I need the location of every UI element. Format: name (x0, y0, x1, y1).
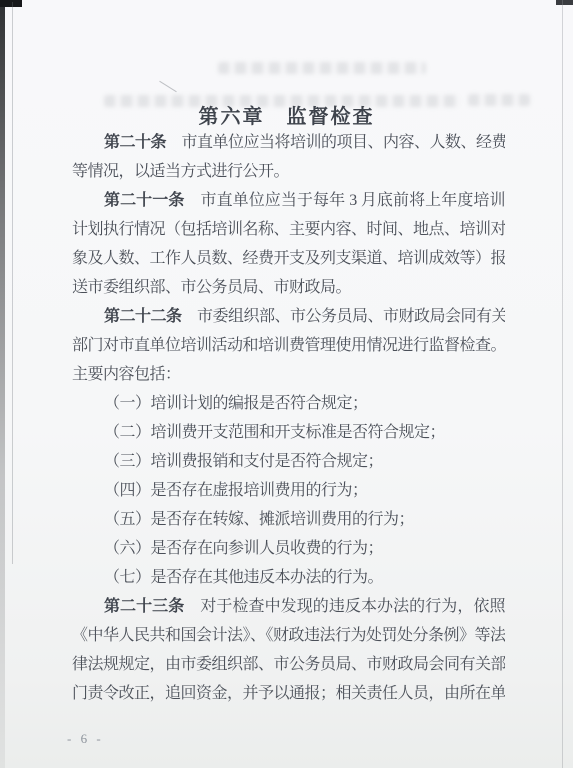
text-line: （六）是否存在向参训人员收费的行为； (72, 534, 505, 563)
text-line: 第二十条 市直单位应当将培训的项目、内容、人数、经费 (72, 128, 505, 157)
article-number: 第二十三条 (104, 598, 184, 615)
text-line: 送市委组织部、市公务员局、市财政局。 (72, 273, 505, 302)
text-line: 第二十一条 市直单位应当于每年 3 月底前将上年度培训 (72, 186, 505, 215)
scan-line-artifact (12, 2, 13, 564)
text-line: 等情况，以适当方式进行公开。 (72, 157, 505, 186)
scratch-mark (159, 81, 176, 92)
text-line: （三）培训费报销和支付是否符合规定； (72, 447, 505, 476)
article-number: 第二十二条 (104, 308, 182, 325)
scanned-document-page: 第六章 监督检查 第二十条 市直单位应当将培训的项目、内容、人数、经费等情况，以… (0, 0, 573, 768)
text-line: 计划执行情况（包括培训名称、主要内容、时间、地点、培训对 (72, 215, 505, 244)
text-line: 部门对市直单位培训活动和培训费管理使用情况进行监督检查。 (72, 331, 505, 360)
article-number: 第二十一条 (104, 192, 184, 209)
text-line: （五）是否存在转嫁、摊派培训费用的行为； (72, 505, 505, 534)
text-line: 第二十三条 对于检查中发现的违反本办法的行为，依照 (72, 592, 505, 621)
scan-corner-mark-top-left (0, 0, 22, 7)
scan-edge-right (562, 0, 563, 768)
document-body: 第二十条 市直单位应当将培训的项目、内容、人数、经费等情况，以适当方式进行公开。… (72, 128, 505, 708)
text-line: 律法规规定，由市委组织部、市公务员局、市财政局会同有关部 (72, 650, 505, 679)
bleed-through-smudge (218, 62, 426, 74)
text-line: 门责令改正，追回资金，并予以通报；相关责任人员，由所在单 (72, 679, 505, 708)
page-number: - 6 - (67, 731, 104, 747)
text-line: 象及人数、工作人员数、经费开支及列支渠道、培训成效等）报 (72, 244, 505, 273)
text-line: （一）培训计划的编报是否符合规定； (72, 389, 505, 418)
text-line: 第二十二条 市委组织部、市公务员局、市财政局会同有关 (72, 302, 505, 331)
text-line: （四）是否存在虚报培训费用的行为； (72, 476, 505, 505)
text-line: 《中华人民共和国会计法》、《财政违法行为处罚处分条例》等法 (72, 621, 505, 650)
text-line: （七）是否存在其他违反本办法的行为。 (72, 563, 505, 592)
scan-edge-left (0, 0, 5, 768)
scan-corner-mark-top-right (556, 0, 573, 5)
chapter-heading: 第六章 监督检查 (0, 100, 573, 129)
text-line: （二）培训费开支范围和开支标准是否符合规定； (72, 418, 505, 447)
text-line: 主要内容包括： (72, 360, 505, 389)
article-number: 第二十条 (104, 134, 166, 151)
